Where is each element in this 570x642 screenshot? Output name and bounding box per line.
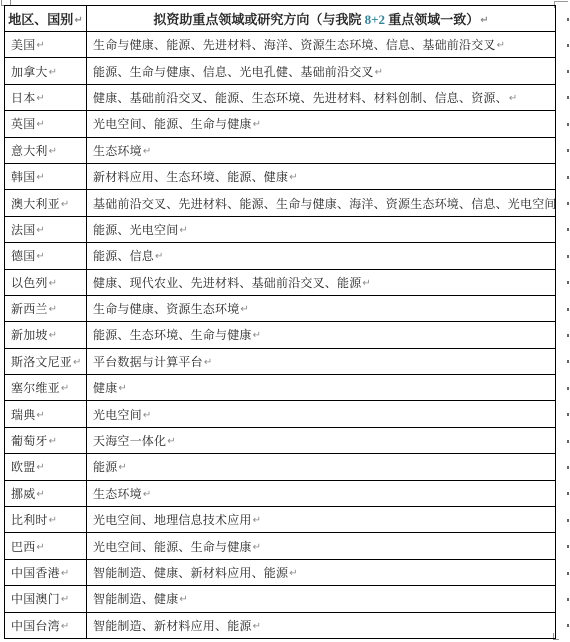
fields-cell[interactable]: 能源、信息↵ (87, 243, 556, 269)
region-cell[interactable]: 韩国↵ (5, 163, 87, 189)
fields-cell[interactable]: 能源、生命与健康、信息、光电孔健、基础前沿交叉↵ (87, 58, 556, 84)
fields-cell[interactable]: 智能制造、健康、新材料应用、能源↵ (87, 559, 556, 585)
region-label: 中国香港 (11, 566, 60, 580)
region-cell[interactable]: 中国香港↵ (5, 559, 87, 585)
region-label: 巴西 (11, 540, 35, 554)
region-label: 挪威 (11, 487, 35, 501)
table-row: 葡萄牙↵ 天海空一体化↵ (5, 427, 556, 453)
paragraph-mark-icon: ↵ (36, 93, 44, 104)
row-end-mark-icon (567, 466, 569, 469)
table-row: 欧盟↵ 能源↵ (5, 454, 556, 480)
region-cell[interactable]: 新加坡↵ (5, 322, 87, 348)
table-row: 斯洛文尼亚↵ 平台数据与计算平台↵ (5, 348, 556, 374)
region-cell[interactable]: 新西兰↵ (5, 295, 87, 321)
table-row: 德国↵ 能源、信息↵ (5, 243, 556, 269)
paragraph-mark-icon: ↵ (49, 436, 57, 447)
paragraph-mark-icon: ↵ (36, 40, 44, 51)
header-fields-accent: 8+2 (365, 12, 385, 27)
region-label: 美国 (11, 38, 35, 52)
paragraph-mark-icon: ↵ (118, 462, 126, 473)
paragraph-mark-icon: ↵ (143, 489, 151, 500)
paragraph-mark-icon: ↵ (49, 515, 57, 526)
row-end-mark-icon (567, 255, 569, 258)
table-row: 瑞典↵ 光电空间↵ (5, 401, 556, 427)
region-label: 斯洛文尼亚 (11, 355, 72, 369)
paragraph-mark-icon: ↵ (61, 568, 69, 579)
table-row: 中国香港↵ 智能制造、健康、新材料应用、能源↵ (5, 559, 556, 585)
fields-label: 生态环境 (93, 487, 142, 501)
row-end-mark-icon (567, 387, 569, 390)
row-end-mark-icon (567, 96, 569, 99)
header-fields-suffix: 重点领域一致） (385, 12, 479, 27)
fields-label: 光电空间、能源、生命与健康 (93, 540, 252, 554)
region-cell[interactable]: 中国澳门↵ (5, 586, 87, 612)
paragraph-mark-icon: ↵ (155, 251, 163, 262)
paragraph-mark-icon: ↵ (253, 515, 261, 526)
paragraph-mark-icon: ↵ (36, 410, 44, 421)
table-row: 比利时↵ 光电空间、地理信息技术应用↵ (5, 507, 556, 533)
header-cell-region[interactable]: 地区、国别↵ (5, 6, 87, 32)
fields-label: 天海空一体化 (93, 434, 166, 448)
paragraph-mark-icon: ↵ (143, 410, 151, 421)
region-cell[interactable]: 瑞典↵ (5, 401, 87, 427)
table-row: 加拿大↵ 能源、生命与健康、信息、光电孔健、基础前沿交叉↵ (5, 58, 556, 84)
fields-cell[interactable]: 基础前沿交叉、先进材料、能源、生命与健康、海洋、资源生态环境、信息、光电空间↵ (87, 190, 556, 216)
region-cell[interactable]: 比利时↵ (5, 507, 87, 533)
fields-label: 平台数据与计算平台 (93, 355, 203, 369)
table-row: 新西兰↵ 生命与健康、资源生态环境↵ (5, 295, 556, 321)
paragraph-mark-icon: ↵ (179, 225, 187, 236)
paragraph-mark-icon: ↵ (73, 357, 81, 368)
region-label: 塞尔维亚 (11, 381, 60, 395)
region-cell[interactable]: 加拿大↵ (5, 58, 87, 84)
row-end-mark-icon (567, 440, 569, 443)
fields-cell[interactable]: 光电空间、能源、生命与健康↵ (87, 111, 556, 137)
row-end-mark-icon (567, 545, 569, 548)
fields-label: 智能制造、健康、新材料应用、能源 (93, 566, 288, 580)
row-end-mark-icon (567, 598, 569, 601)
fields-label: 健康 (93, 381, 117, 395)
fields-cell[interactable]: 生态环境↵ (87, 480, 556, 506)
fields-label: 光电空间、能源、生命与健康 (93, 117, 252, 131)
paragraph-mark-icon: ↵ (49, 67, 57, 78)
region-label: 意大利 (11, 144, 48, 158)
fields-label: 健康、现代农业、先进材料、基础前沿交叉、能源 (93, 276, 361, 290)
paragraph-mark-icon: ↵ (74, 15, 82, 26)
fields-cell[interactable]: 生命与健康、能源、先进材料、海洋、资源生态环境、信息、基础前沿交叉↵ (87, 32, 556, 58)
fields-cell[interactable]: 能源↵ (87, 454, 556, 480)
paragraph-mark-icon: ↵ (36, 225, 44, 236)
row-end-mark-icon (567, 572, 569, 575)
region-cell[interactable]: 法国↵ (5, 216, 87, 242)
fields-label: 智能制造、新材料应用、能源 (93, 619, 252, 633)
region-cell[interactable]: 以色列↵ (5, 269, 87, 295)
paragraph-mark-icon: ↵ (49, 304, 57, 315)
region-label: 新西兰 (11, 302, 48, 316)
region-cell[interactable]: 意大利↵ (5, 137, 87, 163)
region-cell[interactable]: 巴西↵ (5, 533, 87, 559)
row-end-mark-icon (567, 624, 569, 627)
row-end-mark-icon (567, 202, 569, 205)
paragraph-mark-icon: ↵ (179, 594, 187, 605)
region-cell[interactable]: 德国↵ (5, 243, 87, 269)
region-label: 欧盟 (11, 460, 35, 474)
paragraph-mark-icon: ↵ (61, 594, 69, 605)
paragraph-mark-icon: ↵ (497, 40, 505, 51)
document-page: 地区、国别↵ 拟资助重点领域或研究方向（与我院 8+2 重点领域一致）↵ 美国↵… (0, 0, 570, 642)
paragraph-mark-icon: ↵ (167, 436, 175, 447)
paragraph-mark-icon: ↵ (36, 489, 44, 500)
table-row: 挪威↵ 生态环境↵ (5, 480, 556, 506)
region-label: 法国 (11, 223, 35, 237)
paragraph-mark-icon: ↵ (118, 383, 126, 394)
column-marker-icon (554, 1, 568, 8)
row-end-mark-icon (567, 18, 569, 21)
paragraph-mark-icon: ↵ (61, 199, 69, 210)
region-label: 韩国 (11, 170, 35, 184)
paragraph-mark-icon: ↵ (36, 172, 44, 183)
row-end-mark-icon (567, 149, 569, 152)
header-row: 地区、国别↵ 拟资助重点领域或研究方向（与我院 8+2 重点领域一致）↵ (5, 6, 556, 32)
region-cell[interactable]: 美国↵ (5, 32, 87, 58)
region-cell[interactable]: 葡萄牙↵ (5, 427, 87, 453)
paragraph-mark-icon: ↵ (49, 278, 57, 289)
paragraph-mark-icon: ↵ (253, 621, 261, 632)
fields-label: 能源、生态环境、生命与健康 (93, 328, 252, 342)
table-row: 新加坡↵ 能源、生态环境、生命与健康↵ (5, 322, 556, 348)
row-end-mark-icon (567, 228, 569, 231)
fields-label: 光电空间、地理信息技术应用 (93, 513, 252, 527)
region-label: 英国 (11, 117, 35, 131)
table-row: 中国澳门↵ 智能制造、健康↵ (5, 586, 556, 612)
fields-cell[interactable]: 光电空间、地理信息技术应用↵ (87, 507, 556, 533)
fields-label: 基础前沿交叉、先进材料、能源、生命与健康、海洋、资源生态环境、信息、光电空间 (93, 197, 556, 211)
table-row: 意大利↵ 生态环境↵ (5, 137, 556, 163)
paragraph-mark-icon: ↵ (36, 251, 44, 262)
row-end-mark-icon (567, 176, 569, 179)
row-end-mark-icon (567, 334, 569, 337)
fields-label: 新材料应用、生态环境、能源、健康 (93, 170, 288, 184)
region-cell[interactable]: 日本↵ (5, 84, 87, 110)
fields-label: 生命与健康、能源、先进材料、海洋、资源生态环境、信息、基础前沿交叉 (93, 38, 496, 52)
fields-label: 光电空间 (93, 408, 142, 422)
row-end-mark-icon (567, 44, 569, 47)
table-row: 韩国↵ 新材料应用、生态环境、能源、健康↵ (5, 163, 556, 189)
table-row: 巴西↵ 光电空间、能源、生命与健康↵ (5, 533, 556, 559)
fields-label: 能源、信息 (93, 249, 154, 263)
paragraph-mark-icon: ↵ (61, 383, 69, 394)
region-label: 葡萄牙 (11, 434, 48, 448)
paragraph-mark-icon: ↵ (509, 93, 517, 104)
header-region-label: 地区、国别 (8, 12, 73, 27)
paragraph-mark-icon: ↵ (480, 15, 488, 26)
region-label: 中国台湾 (11, 619, 60, 633)
paragraph-mark-icon: ↵ (36, 119, 44, 130)
fields-label: 健康、基础前沿交叉、能源、生态环境、先进材料、材料创制、信息、资源、 (93, 91, 508, 105)
fields-label: 能源 (93, 460, 117, 474)
region-cell[interactable]: 澳大利亚↵ (5, 190, 87, 216)
region-label: 新加坡 (11, 328, 48, 342)
fields-cell[interactable]: 智能制造、健康↵ (87, 586, 556, 612)
row-end-mark-icon (567, 70, 569, 73)
paragraph-mark-icon: ↵ (362, 278, 370, 289)
fields-label: 生态环境 (93, 144, 142, 158)
region-label: 中国澳门 (11, 592, 60, 606)
row-end-mark-icon (567, 123, 569, 126)
paragraph-mark-icon: ↵ (253, 330, 261, 341)
fields-cell[interactable]: 能源、生态环境、生命与健康↵ (87, 322, 556, 348)
region-label: 瑞典 (11, 408, 35, 422)
paragraph-mark-icon: ↵ (36, 462, 44, 473)
row-end-mark-icon (567, 308, 569, 311)
region-label: 德国 (11, 249, 35, 263)
region-label: 以色列 (11, 276, 48, 290)
header-fields-prefix: 拟资助重点领域或研究方向（与我院 (153, 12, 364, 27)
fields-label: 能源、光电空间 (93, 223, 178, 237)
row-end-mark-icon (567, 492, 569, 495)
fields-cell[interactable]: 生态环境↵ (87, 137, 556, 163)
paragraph-mark-icon: ↵ (289, 172, 297, 183)
fields-cell[interactable]: 光电空间、能源、生命与健康↵ (87, 533, 556, 559)
table-row: 日本↵ 健康、基础前沿交叉、能源、生态环境、先进材料、材料创制、信息、资源、↵ (5, 84, 556, 110)
region-label: 日本 (11, 91, 35, 105)
region-cell[interactable]: 斯洛文尼亚↵ (5, 348, 87, 374)
table-row: 美国↵ 生命与健康、能源、先进材料、海洋、资源生态环境、信息、基础前沿交叉↵ (5, 32, 556, 58)
table-row: 以色列↵ 健康、现代农业、先进材料、基础前沿交叉、能源↵ (5, 269, 556, 295)
fields-cell[interactable]: 健康↵ (87, 375, 556, 401)
row-end-mark-icon (567, 360, 569, 363)
paragraph-mark-icon: ↵ (253, 542, 261, 553)
row-end-mark-icon (567, 413, 569, 416)
paragraph-mark-icon: ↵ (375, 67, 383, 78)
paragraph-mark-icon: ↵ (49, 330, 57, 341)
fields-cell[interactable]: 健康、基础前沿交叉、能源、生态环境、先进材料、材料创制、信息、资源、↵ (87, 84, 556, 110)
fields-cell[interactable]: 新材料应用、生态环境、能源、健康↵ (87, 163, 556, 189)
fields-cell[interactable]: 健康、现代农业、先进材料、基础前沿交叉、能源↵ (87, 269, 556, 295)
row-end-mark-icon (567, 281, 569, 284)
paragraph-mark-icon: ↵ (204, 357, 212, 368)
fields-label: 生命与健康、资源生态环境 (93, 302, 239, 316)
region-label: 澳大利亚 (11, 197, 60, 211)
paragraph-mark-icon: ↵ (49, 146, 57, 157)
region-label: 比利时 (11, 513, 48, 527)
region-cell[interactable]: 英国↵ (5, 111, 87, 137)
fields-cell[interactable]: 生命与健康、资源生态环境↵ (87, 295, 556, 321)
header-cell-fields[interactable]: 拟资助重点领域或研究方向（与我院 8+2 重点领域一致）↵ (87, 6, 556, 32)
paragraph-mark-icon: ↵ (36, 542, 44, 553)
row-end-mark-icon (567, 519, 569, 522)
table-row: 塞尔维亚↵ 健康↵ (5, 375, 556, 401)
region-cell[interactable]: 中国台湾↵ (5, 612, 87, 638)
table-row: 中国台湾↵ 智能制造、新材料应用、能源↵ (5, 612, 556, 638)
paragraph-mark-icon: ↵ (143, 146, 151, 157)
fields-label: 智能制造、健康 (93, 592, 178, 606)
region-label: 加拿大 (11, 65, 48, 79)
fields-cell[interactable]: 平台数据与计算平台↵ (87, 348, 556, 374)
table-row: 法国↵ 能源、光电空间↵ (5, 216, 556, 242)
paragraph-mark-icon: ↵ (240, 304, 248, 315)
region-cell[interactable]: 塞尔维亚↵ (5, 375, 87, 401)
table-row: 英国↵ 光电空间、能源、生命与健康↵ (5, 111, 556, 137)
fields-cell[interactable]: 光电空间↵ (87, 401, 556, 427)
table-row: 澳大利亚↵ 基础前沿交叉、先进材料、能源、生命与健康、海洋、资源生态环境、信息、… (5, 190, 556, 216)
fields-cell[interactable]: 天海空一体化↵ (87, 427, 556, 453)
region-cell[interactable]: 欧盟↵ (5, 454, 87, 480)
funding-areas-table: 地区、国别↵ 拟资助重点领域或研究方向（与我院 8+2 重点领域一致）↵ 美国↵… (4, 5, 556, 639)
fields-label: 能源、生命与健康、信息、光电孔健、基础前沿交叉 (93, 65, 374, 79)
paragraph-mark-icon: ↵ (289, 568, 297, 579)
fields-cell[interactable]: 智能制造、新材料应用、能源↵ (87, 612, 556, 638)
fields-cell[interactable]: 能源、光电空间↵ (87, 216, 556, 242)
region-cell[interactable]: 挪威↵ (5, 480, 87, 506)
paragraph-mark-icon: ↵ (253, 119, 261, 130)
paragraph-mark-icon: ↵ (61, 621, 69, 632)
